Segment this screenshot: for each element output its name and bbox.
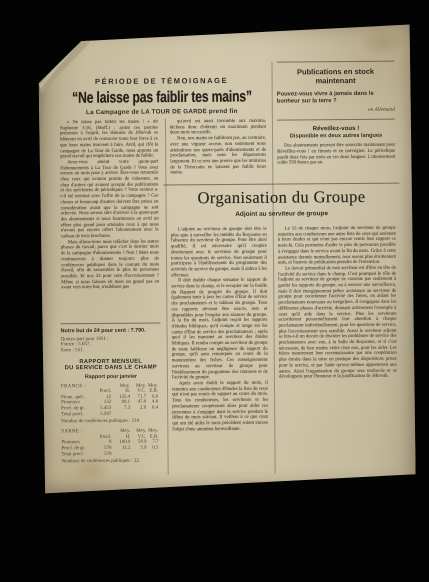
column-rule-left [165, 118, 169, 474]
awake-title: Réveillez-vous ! [277, 124, 395, 132]
masthead: PÉRIODE DE TÉMOIGNAGE “Ne laisse pas fai… [59, 76, 265, 117]
publications-top-rule [276, 61, 394, 63]
quota-sarre: Sarre : 551. [61, 348, 161, 355]
paragraph: Après avoir établi le rapport du mois, i… [172, 381, 268, 433]
kicker: PÉRIODE DE TÉMOIGNAGE [59, 76, 265, 87]
publications-title: Publications en stock maintenant [277, 68, 395, 86]
newspaper-page: PÉRIODE DE TÉMOIGNAGE “Ne laisse pas fai… [38, 25, 416, 494]
paragraph: Il doit établir chaque semaine le rappor… [171, 278, 268, 381]
stats-divider [60, 323, 160, 325]
publication-item-title: Pouvez-vous vivre à jamais dans le bonhe… [277, 91, 395, 106]
group-article-title: Organisation du Groupe [163, 187, 399, 209]
publication-item-language: en Allemand [277, 106, 395, 113]
paper-stain [222, 478, 282, 492]
goal-line: Notre but de 24 pour cent : 7.790. [61, 328, 161, 335]
paragraph: Le 15 de chaque mois, l'adjoint du servi… [278, 226, 396, 267]
stats-box: Notre but de 24 pour cent : 7.790. Quote… [60, 323, 161, 465]
group-column-2: L'adjoint au serviteur de groupe doit êt… [171, 227, 269, 475]
sub-headline: La Campagne de LA TOUR DE GARDE prend fi… [59, 108, 265, 117]
report-footer-france: Nombre de conférences publiques : 218. [61, 418, 161, 424]
report-subtitle: Rapport pour janvier [61, 374, 161, 381]
paragraph: Avez-vous atteint votre quote-part d'abo… [60, 159, 159, 240]
publications-mid-rule [277, 118, 395, 120]
publications-box: Publications en stock maintenant Pouvez-… [276, 61, 395, 167]
awake-paragraphs: Des abonnements peuvent être souscrits m… [277, 143, 395, 167]
paragraph: Non, nos mains ne faibliront pas, au con… [170, 136, 266, 177]
paragraph: Mais allons-nous nous relâcher dans les … [61, 239, 159, 291]
main-headline: “Ne laisse pas faiblir tes mains” [72, 87, 251, 106]
paragraph: L'adjoint au serviteur de groupe doit êt… [171, 227, 267, 279]
column-rule-right [271, 62, 275, 474]
report-section-france: FRANCE : Moy. Moy. Moy. Procl. H. V.C. E… [61, 383, 161, 417]
photo-background: { "masthead": { "kicker": "PÉRIODE DE TÉ… [0, 0, 429, 582]
paragraph: Des abonnements peuvent être souscrits m… [277, 143, 395, 167]
awake-subtitle: Disponible en deux autres langues [277, 133, 395, 140]
group-article-header: Organisation du Groupe Adjoint au servit… [163, 187, 399, 219]
report-section-sarre: SARRE : Moy. Moy. Moy. Procl. H. V.C. E.… [61, 429, 161, 458]
group-column-3: Le 15 de chaque mois, l'adjoint du servi… [278, 226, 398, 478]
paper-stain [72, 457, 112, 483]
report-title-line2: DU SERVICE DANS LE CHAMP [61, 365, 161, 372]
campaign-column-1: « Ne laisse pas faiblir tes mains ! » di… [60, 120, 160, 322]
group-article-subtitle: Adjoint au serviteur de groupe [164, 210, 400, 219]
paper-stain [358, 27, 408, 57]
paragraph: « Ne laisse pas faiblir tes mains ! » di… [60, 120, 158, 161]
report-title: RAPPORT MENSUEL DU SERVICE DANS LE CHAMP [61, 358, 161, 372]
paragraph: Le devoir primordial de tout serviteur e… [278, 266, 397, 381]
campaign-column-2: qu'avril est aussi favorable aux maxima,… [170, 119, 266, 184]
paragraph: qu'avril est aussi favorable aux maxima,… [170, 119, 266, 137]
